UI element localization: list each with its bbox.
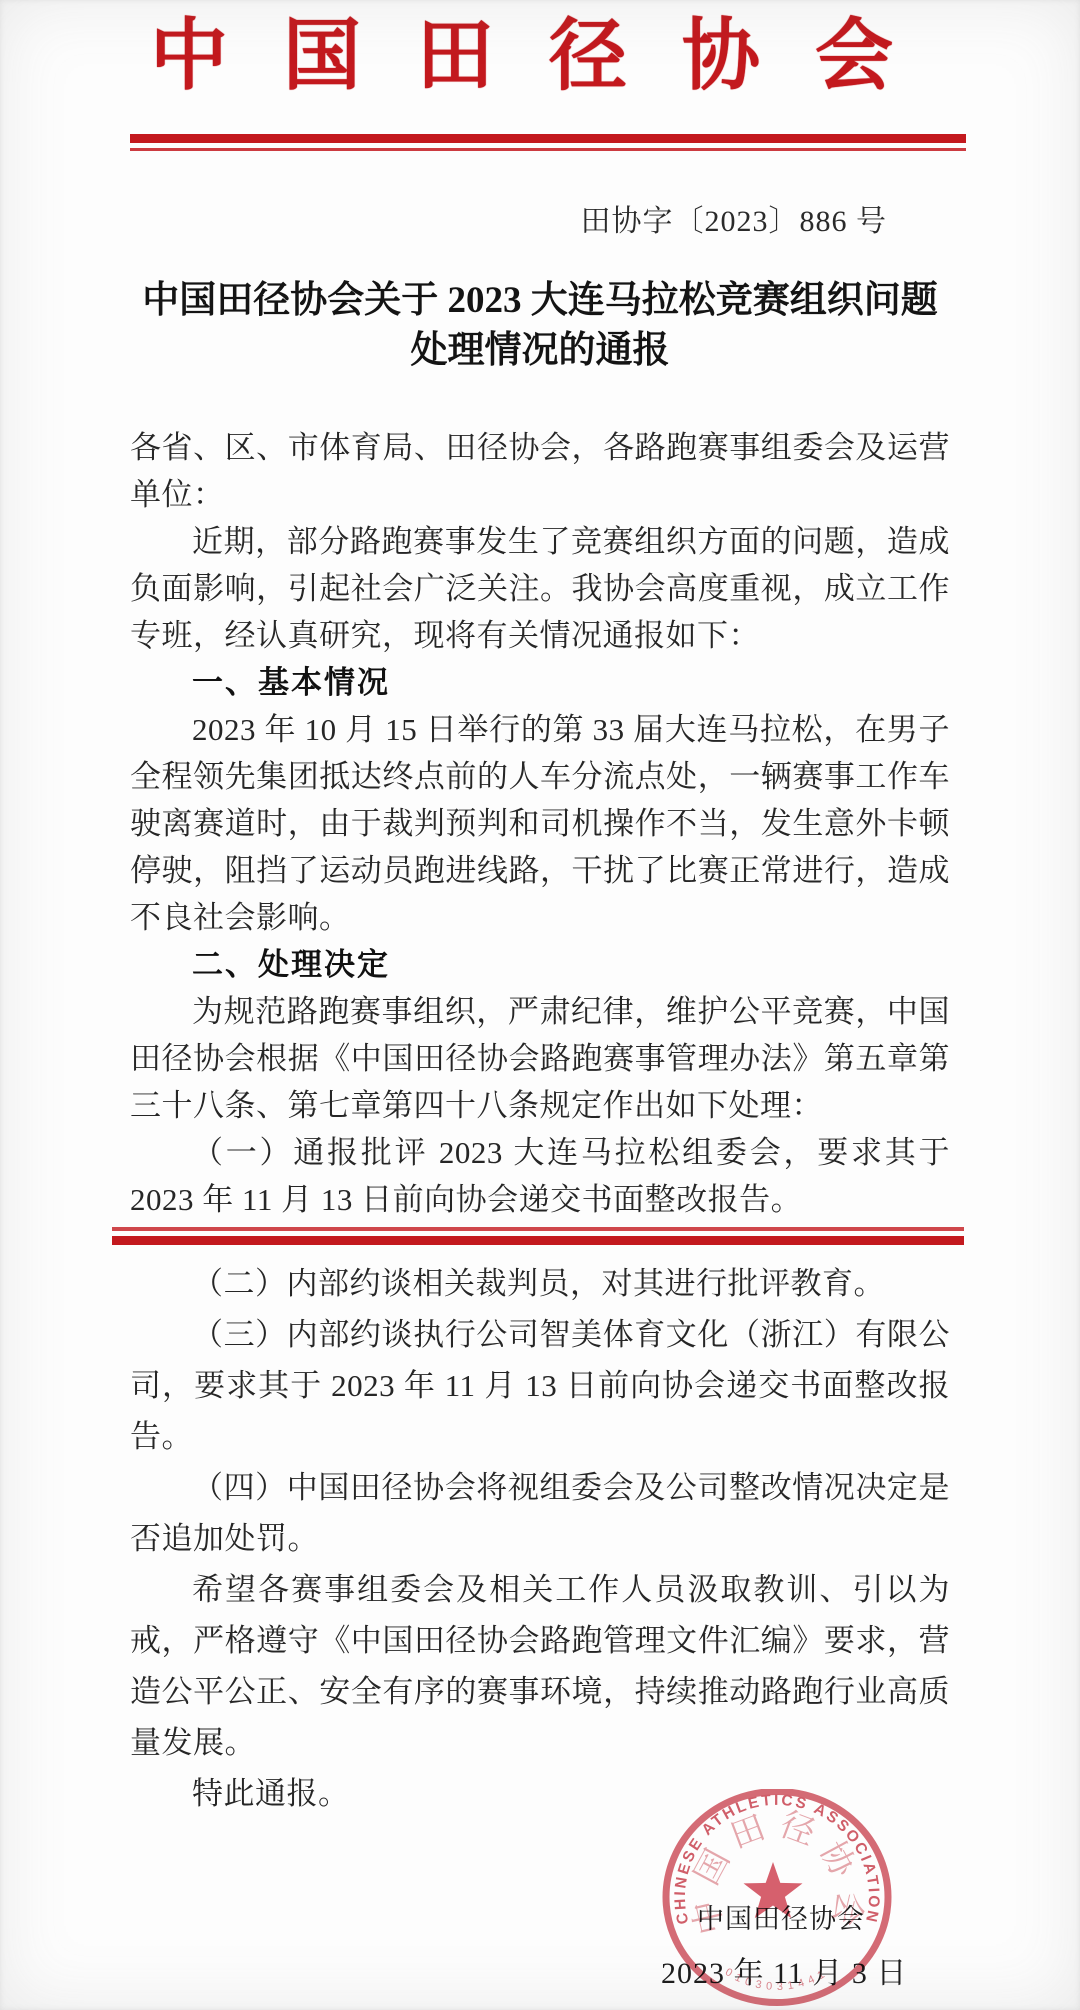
page-divider [112,1227,964,1245]
paragraph: 2023 年 10 月 15 日举行的第 33 届大连马拉松，在男子全程领先集团… [130,706,950,941]
signature-org: 中国田径协会 [697,1897,865,1936]
paragraph: （二）内部约谈相关裁判员，对其进行批评教育。 [130,1258,950,1309]
paragraph: （一）通报批评 2023 大连马拉松组委会，要求其于 2023 年 11 月 1… [130,1129,950,1223]
paragraph: 特此通报。 [130,1768,950,1819]
signature-date: 2023 年 11 月 3 日 [661,1948,907,1992]
notice-title-line1: 中国田径协会关于 2023 大连马拉松竞赛组织问题 [0,276,1080,326]
page-divider-thin-line [112,1227,964,1231]
paragraph: 为规范路跑赛事组织，严肃纪律，维护公平竞赛，中国田径协会根据《中国田径协会路跑赛… [130,988,950,1129]
letterhead-title: 中国田径协会 [150,8,948,104]
body-page2: （二）内部约谈相关裁判员，对其进行批评教育。（三）内部约谈执行公司智美体育文化（… [130,1258,950,1819]
divider-thin-line [130,148,966,151]
notice-title: 中国田径协会关于 2023 大连马拉松竞赛组织问题 处理情况的通报 [0,276,1080,376]
paragraph: 近期，部分路跑赛事发生了竞赛组织方面的问题，造成负面影响，引起社会广泛关注。我协… [130,518,950,659]
page-divider-thick-line [112,1236,964,1245]
paragraph: （四）中国田径协会将视组委会及公司整改情况决定是否追加处罚。 [130,1462,950,1564]
paragraph: 希望各赛事组委会及相关工作人员汲取教训、引以为戒，严格遵守《中国田径协会路跑管理… [130,1564,950,1768]
paragraph: （三）内部约谈执行公司智美体育文化（浙江）有限公司，要求其于 2023 年 11… [130,1309,950,1462]
divider-thick-line [130,134,966,143]
section-heading: 一、基本情况 [130,659,950,706]
section-heading: 二、处理决定 [130,941,950,988]
body-page1: 各省、区、市体育局、田径协会，各路跑赛事组委会及运营单位：近期，部分路跑赛事发生… [130,424,950,1223]
notice-title-line2: 处理情况的通报 [0,326,1080,376]
paragraph: 各省、区、市体育局、田径协会，各路跑赛事组委会及运营单位： [130,424,950,518]
doc-number: 田协字〔2023〕886 号 [581,196,888,240]
official-notice-document: 中国田径协会 田协字〔2023〕886 号 中国田径协会关于 2023 大连马拉… [0,0,1080,2010]
letterhead-divider [130,134,966,151]
